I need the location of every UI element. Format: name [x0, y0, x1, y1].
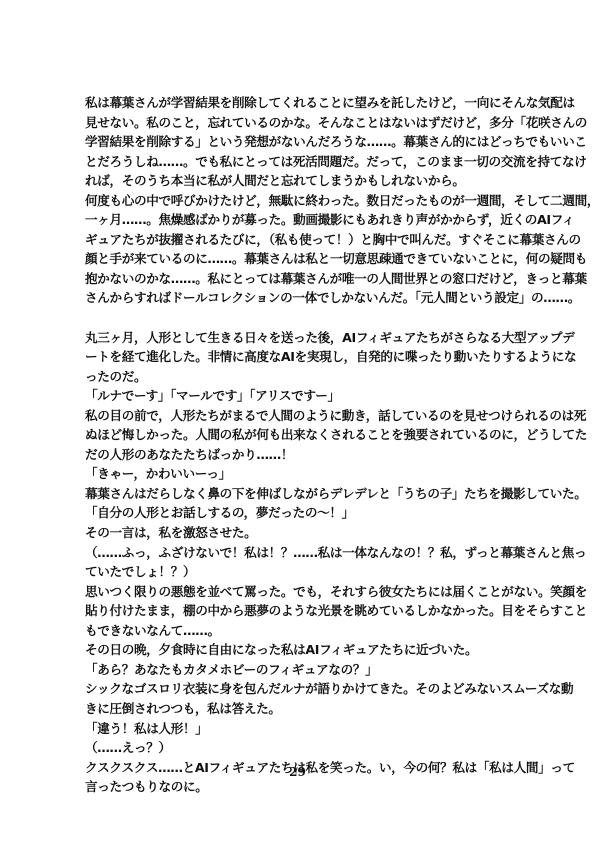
- thought-line: （……えっ？）: [85, 738, 515, 758]
- text-line: ぬほど悔しかった。人間の私が何も出来なくされることを強要されているのに，どうして…: [85, 425, 515, 445]
- thought-line: （……ふっ，ふざけないで！私は！？……私は一体なんなの！？私，ずっと幕葉さんと焦…: [85, 543, 515, 563]
- text-line: その日の晩，夕食時に自由になった私はAIフィギュアたちに近づいた。: [85, 640, 515, 660]
- text-line: ギュアたちが抜擢されるたびに，（私も使って！）と胸中で叫んだ。すぐそこに幕葉さん…: [85, 230, 515, 250]
- document-page: 私は幕葉さんが学習結果を削除してくれることに望みを託したけど，一向にそんな気配は…: [0, 0, 595, 842]
- text-line: とだろうしね……。でも私にとっては死活問題だ。だって，このまま一切の交流を持てな…: [85, 152, 515, 172]
- text-line: 一ヶ月……。焦燥感ばかりが募った。動画撮影にもあれきり声がかからず，近くのAIフ…: [85, 210, 515, 230]
- text-line: 何度も心の中で呼びかけたけど，無駄に終わった。数日だったものが一週間，そして二週…: [85, 191, 515, 211]
- text-line: れば，そのうち本当に私が人間だと忘れてしまうかもしれないから。: [85, 171, 515, 191]
- dialogue-line: 「ルナでーす」「マールです」「アリスですー」: [85, 386, 515, 406]
- page-number: 29: [0, 765, 595, 779]
- text-line: さんからすればドールコレクションの一体でしかないんだ。「元人間という設定」の………: [85, 288, 515, 308]
- text-line: 学習結果を削除する」という発想がないんだろうな……。幕葉さん的にはどっちでもいい…: [85, 132, 515, 152]
- dialogue-line: 「きゃー，かわいいーっ」: [85, 464, 515, 484]
- text-line: 見せない。私のこと，忘れているのかな。そんなことはないはずだけど，多分「花咲さん…: [85, 113, 515, 133]
- text-line: その一言は，私を激怒させた。: [85, 523, 515, 543]
- text-line: 私は幕葉さんが学習結果を削除してくれることに望みを託したけど，一向にそんな気配は: [85, 93, 515, 113]
- text-line: 言ったつもりなのに。: [85, 777, 515, 797]
- body-text: 私は幕葉さんが学習結果を削除してくれることに望みを託したけど，一向にそんな気配は…: [85, 93, 515, 797]
- text-line: 抱かないのかな……。私にとっては幕葉さんが唯一の人間世界との窓口だけど，きっと幕…: [85, 269, 515, 289]
- text-line: 顔と手が来ているのに……。幕葉さんは私と一切意思疎通できていないことに，何の疑問…: [85, 249, 515, 269]
- paragraph-break: [85, 308, 515, 328]
- text-line: だの人形のあなたたちばっかり……！: [85, 445, 515, 465]
- text-line: もできないなんて……。: [85, 621, 515, 641]
- text-line: ったのだ。: [85, 367, 515, 387]
- text-line: シックなゴスロリ衣装に身を包んだルナが語りかけてきた。そのよどみないスムーズな動: [85, 679, 515, 699]
- dialogue-line: 「あら？あなたもカタメホビーのフィギュアなの？」: [85, 660, 515, 680]
- dialogue-line: 「自分の人形とお話しするの，夢だったの～！」: [85, 503, 515, 523]
- text-line: ートを経て進化した。非情に高度なAIを実現し，自発的に喋ったり動いたりするように…: [85, 347, 515, 367]
- text-line: 丸三ヶ月，人形として生きる日々を送った後，AIフィギュアたちがさらなる大型アップ…: [85, 328, 515, 348]
- thought-line: ていたでしょ！？）: [85, 562, 515, 582]
- text-line: 幕葉さんはだらしなく鼻の下を伸ばしながらデレデレと「うちの子」たちを撮影していた…: [85, 484, 515, 504]
- dialogue-line: 「違う！私は人形！」: [85, 719, 515, 739]
- text-line: きに圧倒されつつも，私は答えた。: [85, 699, 515, 719]
- text-line: 私の目の前で，人形たちがまるで人間のように動き，話しているのを見せつけられるのは…: [85, 406, 515, 426]
- text-line: 思いつく限りの悪態を並べて罵った。でも，それすら彼女たちには届くことがない。笑顔…: [85, 582, 515, 602]
- text-line: 貼り付けたまま，棚の中から悪夢のような光景を眺めているしかなかった。目をそらすこ…: [85, 601, 515, 621]
